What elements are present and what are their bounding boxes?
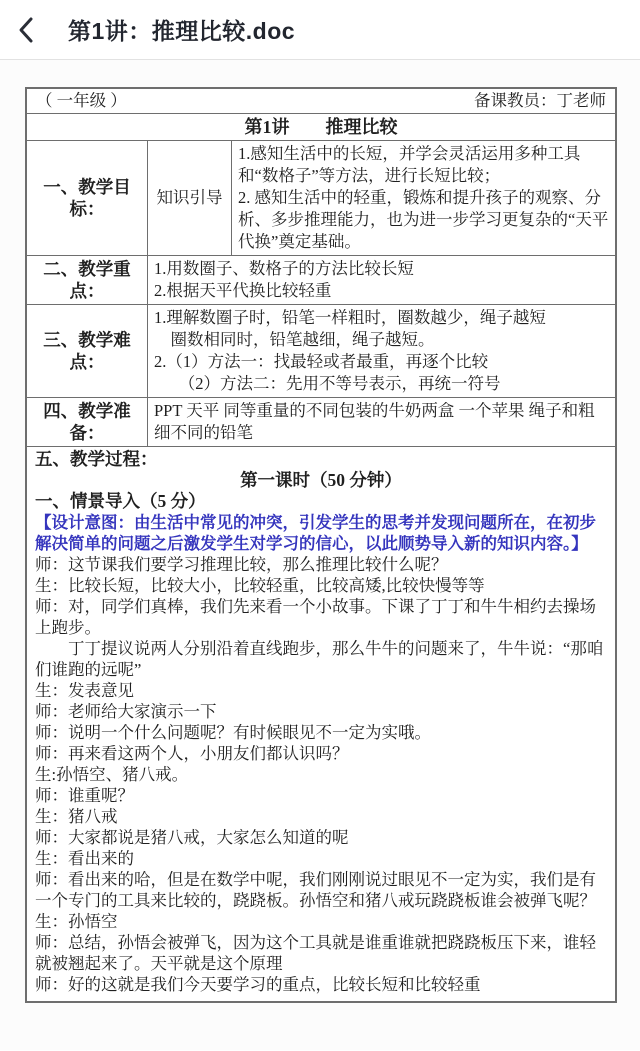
key-point-item: 2.根据天平代换比较轻重 <box>154 280 609 302</box>
dialog-line: 师：大家都说是猪八戒，大家怎么知道的呢 <box>35 827 607 848</box>
session-title: 第一课时（50 分钟） <box>35 470 607 491</box>
lesson-title: 推理比较 <box>326 116 398 138</box>
objectives-mid-label: 知识引导 <box>148 141 232 255</box>
dialog-line: 师：总结，孙悟会被弹飞，因为这个工具就是谁重谁就把跷跷板压下来，谁轻就被翘起来了… <box>35 932 607 974</box>
difficulty-item: 圈数相同时，铅笔越细，绳子越短。 <box>154 329 609 351</box>
dialog-line: 生：猪八戒 <box>35 806 607 827</box>
lesson-plan-table: （ 一年级 ） 备课教员：丁老师 第1讲 推理比较 一、教学目标： 知识引导 1… <box>25 87 617 1003</box>
preparation-label: 四、教学准备： <box>27 398 148 446</box>
dialog-line: 生：发表意见 <box>35 680 607 701</box>
process-label: 五、教学过程： <box>35 449 607 470</box>
preparation-content: PPT 天平 同等重量的不同包装的牛奶两盒 一个苹果 绳子和粗细不同的铅笔 <box>148 398 615 446</box>
dialog-line: 生：比较长短，比较大小，比较轻重，比较高矮,比较快慢等等 <box>35 575 607 596</box>
difficulty-item: （2）方法二：先用不等号表示，再统一符号 <box>154 373 609 395</box>
objective-item: 2. 感知生活中的轻重，锻炼和提升孩子的观察、分析、多步推理能力，也为进一步学习… <box>238 187 609 253</box>
difficulties-content: 1.理解数圈子时，铅笔一样粗时，圈数越少，绳子越短 圈数相同时，铅笔越细，绳子越… <box>148 305 615 397</box>
dialog-line: 师：看出来的哈，但是在数学中呢，我们刚刚说过眼见不一定为实，我们是有一个专门的工… <box>35 869 607 911</box>
intro-heading: 一、情景导入（5 分） <box>35 491 607 512</box>
teacher-label: 备课教员：丁老师 <box>474 90 606 112</box>
difficulties-row: 三、教学难点： 1.理解数圈子时，铅笔一样粗时，圈数越少，绳子越短 圈数相同时，… <box>27 305 615 398</box>
dialog-line: 生:孙悟空、猪八戒。 <box>35 764 607 785</box>
key-points-content: 1.用数圈子、数格子的方法比较长短2.根据天平代换比较轻重 <box>148 256 615 304</box>
objectives-content: 1.感知生活中的长短，并学会灵活运用多种工具和“数格子”等方法，进行长短比较；2… <box>232 141 615 255</box>
difficulty-item: 1.理解数圈子时，铅笔一样粗时，圈数越少，绳子越短 <box>154 307 609 329</box>
objectives-row: 一、教学目标： 知识引导 1.感知生活中的长短，并学会灵活运用多种工具和“数格子… <box>27 141 615 256</box>
grade-label: （ 一年级 ） <box>36 90 127 112</box>
grade-teacher-row: （ 一年级 ） 备课教员：丁老师 <box>27 89 615 114</box>
dialog-line: 师：好的这就是我们今天要学习的重点，比较长短和比较轻重 <box>35 974 607 995</box>
document-title: 第1讲：推理比较.doc <box>68 13 295 46</box>
dialog-line: 师：再来看这两个人，小朋友们都认识吗？ <box>35 743 607 764</box>
dialog-line: 生：看出来的 <box>35 848 607 869</box>
difficulty-item: 2.（1）方法一：找最轻或者最重，再逐个比较 <box>154 351 609 373</box>
lesson-number: 第1讲 <box>245 116 290 138</box>
difficulties-label: 三、教学难点： <box>27 305 148 397</box>
dialog-line: 师：说明一个什么问题呢？有时候眼见不一定为实哦。 <box>35 722 607 743</box>
key-points-label: 二、教学重点： <box>27 256 148 304</box>
dialog-line: 师：这节课我们要学习推理比较，那么推理比较什么呢？ <box>35 554 607 575</box>
process-row: 五、教学过程： 第一课时（50 分钟） 一、情景导入（5 分） 【设计意图：由生… <box>27 447 615 1001</box>
key-point-item: 1.用数圈子、数格子的方法比较长短 <box>154 258 609 280</box>
lesson-title-row: 第1讲 推理比较 <box>27 114 615 141</box>
preparation-item: PPT 天平 同等重量的不同包装的牛奶两盒 一个苹果 绳子和粗细不同的铅笔 <box>154 400 609 444</box>
document-page: （ 一年级 ） 备课教员：丁老师 第1讲 推理比较 一、教学目标： 知识引导 1… <box>0 60 640 1050</box>
dialog-line: 师：谁重呢？ <box>35 785 607 806</box>
objectives-label: 一、教学目标： <box>27 141 148 255</box>
lesson-dialog: 师：这节课我们要学习推理比较，那么推理比较什么呢？生：比较长短，比较大小，比较轻… <box>35 554 607 995</box>
dialog-line: 师：对，同学们真棒，我们先来看一个小故事。下课了丁丁和牛牛相约去操场上跑步。 <box>35 596 607 638</box>
screen: 第1讲：推理比较.doc （ 一年级 ） 备课教员：丁老师 第1讲 推理比较 一… <box>0 0 640 1050</box>
preparation-row: 四、教学准备： PPT 天平 同等重量的不同包装的牛奶两盒 一个苹果 绳子和粗细… <box>27 398 615 447</box>
key-points-row: 二、教学重点： 1.用数圈子、数格子的方法比较长短2.根据天平代换比较轻重 <box>27 256 615 305</box>
dialog-line: 生：孙悟空 <box>35 911 607 932</box>
dialog-line: 师：老师给大家演示一下 <box>35 701 607 722</box>
objective-item: 1.感知生活中的长短，并学会灵活运用多种工具和“数格子”等方法，进行长短比较； <box>238 143 609 187</box>
dialog-line: 丁丁提议说两人分别沿着直线跑步，那么牛牛的问题来了，牛牛说：“那咱们谁跑的远呢” <box>35 638 607 680</box>
app-header: 第1讲：推理比较.doc <box>0 0 640 60</box>
design-intent-note: 【设计意图：由生活中常见的冲突，引发学生的思考并发现问题所在，在初步解决简单的问… <box>35 512 607 554</box>
back-icon[interactable] <box>18 15 44 45</box>
